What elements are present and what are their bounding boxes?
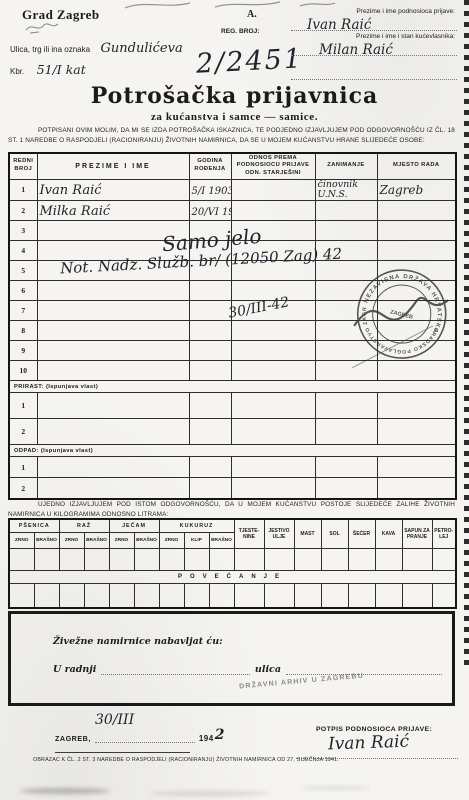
scan-smudge xyxy=(300,786,370,790)
applicant-line: Ivan Raić xyxy=(291,15,457,31)
odpad-label: ODPAD: (Ispunjava vlast) xyxy=(9,445,456,457)
col-sapun: SAPUN ZA PRANJE xyxy=(402,519,432,549)
stamp-top-text: NEZAVISNA DRŽAVA HRVATSKA xyxy=(360,264,451,335)
perforated-edge-strip xyxy=(464,0,469,665)
supplies-group-header-row: PŠENICA RAŽ JEČAM KUKURUZ TJESTE-NINE JE… xyxy=(9,519,456,533)
date-fill-line xyxy=(95,734,195,743)
archive-stamp: DRŽAVNI ARHIV U ZAGREBU xyxy=(239,673,364,691)
odpad-band: ODPAD: (Ispunjava vlast) xyxy=(9,445,456,457)
col-sol: SOL xyxy=(321,519,348,549)
odpad-row: 2 xyxy=(9,478,456,499)
names-block: Prezime i ime podnosioca prijave: Ivan R… xyxy=(291,6,457,80)
col-psenica: PŠENICA xyxy=(9,519,59,533)
applicant-value: Ivan Raić xyxy=(307,17,371,33)
owner-line: Milan Raić xyxy=(291,40,457,56)
col-header-born: GODINA ROĐENJA xyxy=(189,153,231,179)
prirast-row: 1 xyxy=(9,393,456,419)
table-header-row: REDNI BROJ PREZIME I IME GODINA ROĐENJA … xyxy=(9,153,456,179)
owner-value: Milan Raić xyxy=(319,42,393,58)
supplies-empty-row xyxy=(9,584,456,609)
scribble-mark xyxy=(24,20,60,35)
scanned-form-page: Grad Zagreb Ulica, trg ili ina oznaka Gu… xyxy=(0,0,469,800)
purchase-row: U radnji ulica xyxy=(53,664,442,675)
scan-smudge xyxy=(20,788,110,794)
year-written: 2 xyxy=(215,727,225,743)
col-tjestenine: TJESTE-NINE xyxy=(234,519,264,549)
shop-fill-line xyxy=(101,664,250,675)
place-date-row: ZAGREB, 194 2 xyxy=(55,727,225,743)
col-jecam: JEČAM xyxy=(109,519,159,533)
empty-line xyxy=(291,64,457,80)
col-secer: ŠEĆER xyxy=(348,519,375,549)
increase-band: POVEĆANJE xyxy=(9,571,456,584)
person-born: 20/VI 1903 xyxy=(192,207,232,218)
col-header-relation: ODNOS PREMA PODNOSIOCU PRIJAVE ODN. STAR… xyxy=(231,153,315,179)
person-workplace: Zagreb xyxy=(380,183,424,197)
section-letter: A. xyxy=(247,9,257,20)
ulica-label: ulica xyxy=(255,664,281,675)
form-note: OBRAZAC K ČL. 2 ST. 3 NAREDBE O RASPODJE… xyxy=(33,757,383,763)
prirast-label: PRIRAST: (Ispunjava vlast) xyxy=(9,381,456,393)
street-row: Ulica, trg ili ina oznaka Gundulićeva xyxy=(10,39,183,57)
supplies-table: PŠENICA RAŽ JEČAM KUKURUZ TJESTE-NINE JE… xyxy=(8,518,457,609)
col-raz: RAŽ xyxy=(59,519,109,533)
prirast-row: 2 xyxy=(9,419,456,445)
reg-number-value: 2/2451 xyxy=(195,43,303,80)
odpad-row: 1 xyxy=(9,457,456,478)
table-row: 1 Ivan Raić 5/I 1903 činovnik U.N.S. Zag… xyxy=(9,179,456,201)
street-label: Ulica, trg ili ina oznaka xyxy=(10,45,90,54)
form-subtitle: za kućanstva i samce — samice. xyxy=(0,111,469,123)
purchase-box: Živežne namirnice nabavljat ću: U radnji… xyxy=(8,611,455,706)
col-header-name: PREZIME I IME xyxy=(37,153,189,179)
col-header-workplace: MJESTO RADA xyxy=(377,153,456,179)
prirast-band: PRIRAST: (Ispunjava vlast) xyxy=(9,381,456,393)
house-number-row: Kbr. 51/I kat xyxy=(10,61,86,79)
place-label: ZAGREB, xyxy=(55,734,91,743)
owner-label: Prezime i ime i stan kućevlasnika: xyxy=(291,33,457,40)
col-petrolej: PETRO-LEJ xyxy=(432,519,456,549)
signature-value: Ivan Raić xyxy=(328,732,410,755)
person-name: Milka Raić xyxy=(40,204,111,219)
shop-label: U radnji xyxy=(53,664,96,675)
footnote-divider xyxy=(55,752,190,753)
kbr-label: Kbr. xyxy=(10,67,24,76)
supplies-empty-row xyxy=(9,549,456,571)
scan-smudge xyxy=(150,791,270,796)
table-row: 2 Milka Raić 20/VI 1903 xyxy=(9,201,456,221)
declaration-paragraph: POTPISANI OVIM MOLIM, DA MI SE IZDA POTR… xyxy=(8,126,455,147)
person-occupation: činovnik U.N.S. xyxy=(318,180,375,201)
reg-number-label: REG. BROJ: xyxy=(221,28,259,35)
cut-off-pen-marks xyxy=(120,0,340,10)
col-kukuruz: KUKURUZ xyxy=(159,519,234,533)
col-mast: MAST xyxy=(294,519,321,549)
year-printed: 194 xyxy=(199,734,214,743)
ulica-fill-line xyxy=(286,664,442,675)
col-header-occupation: ZANIMANJE xyxy=(315,153,377,179)
increase-label: POVEĆANJE xyxy=(9,571,456,584)
purchase-intro: Živežne namirnice nabavljat ću: xyxy=(53,636,223,647)
col-jestivo-ulje: JESTIVO ULJE xyxy=(264,519,294,549)
person-born: 5/I 1903 xyxy=(192,186,232,197)
street-value: Gundulićeva xyxy=(101,41,183,56)
col-kava: KAVA xyxy=(375,519,402,549)
col-header-redni-broj: REDNI BROJ xyxy=(9,153,37,179)
svg-text:NEZAVISNA DRŽAVA HRVATSKA: NEZAVISNA DRŽAVA HRVATSKA xyxy=(360,264,451,335)
kbr-value: 51/I kat xyxy=(37,62,86,77)
form-title: Potrošačka prijavnica xyxy=(0,83,469,109)
date-value: 30/III xyxy=(95,712,134,728)
person-name: Ivan Raić xyxy=(40,183,102,198)
